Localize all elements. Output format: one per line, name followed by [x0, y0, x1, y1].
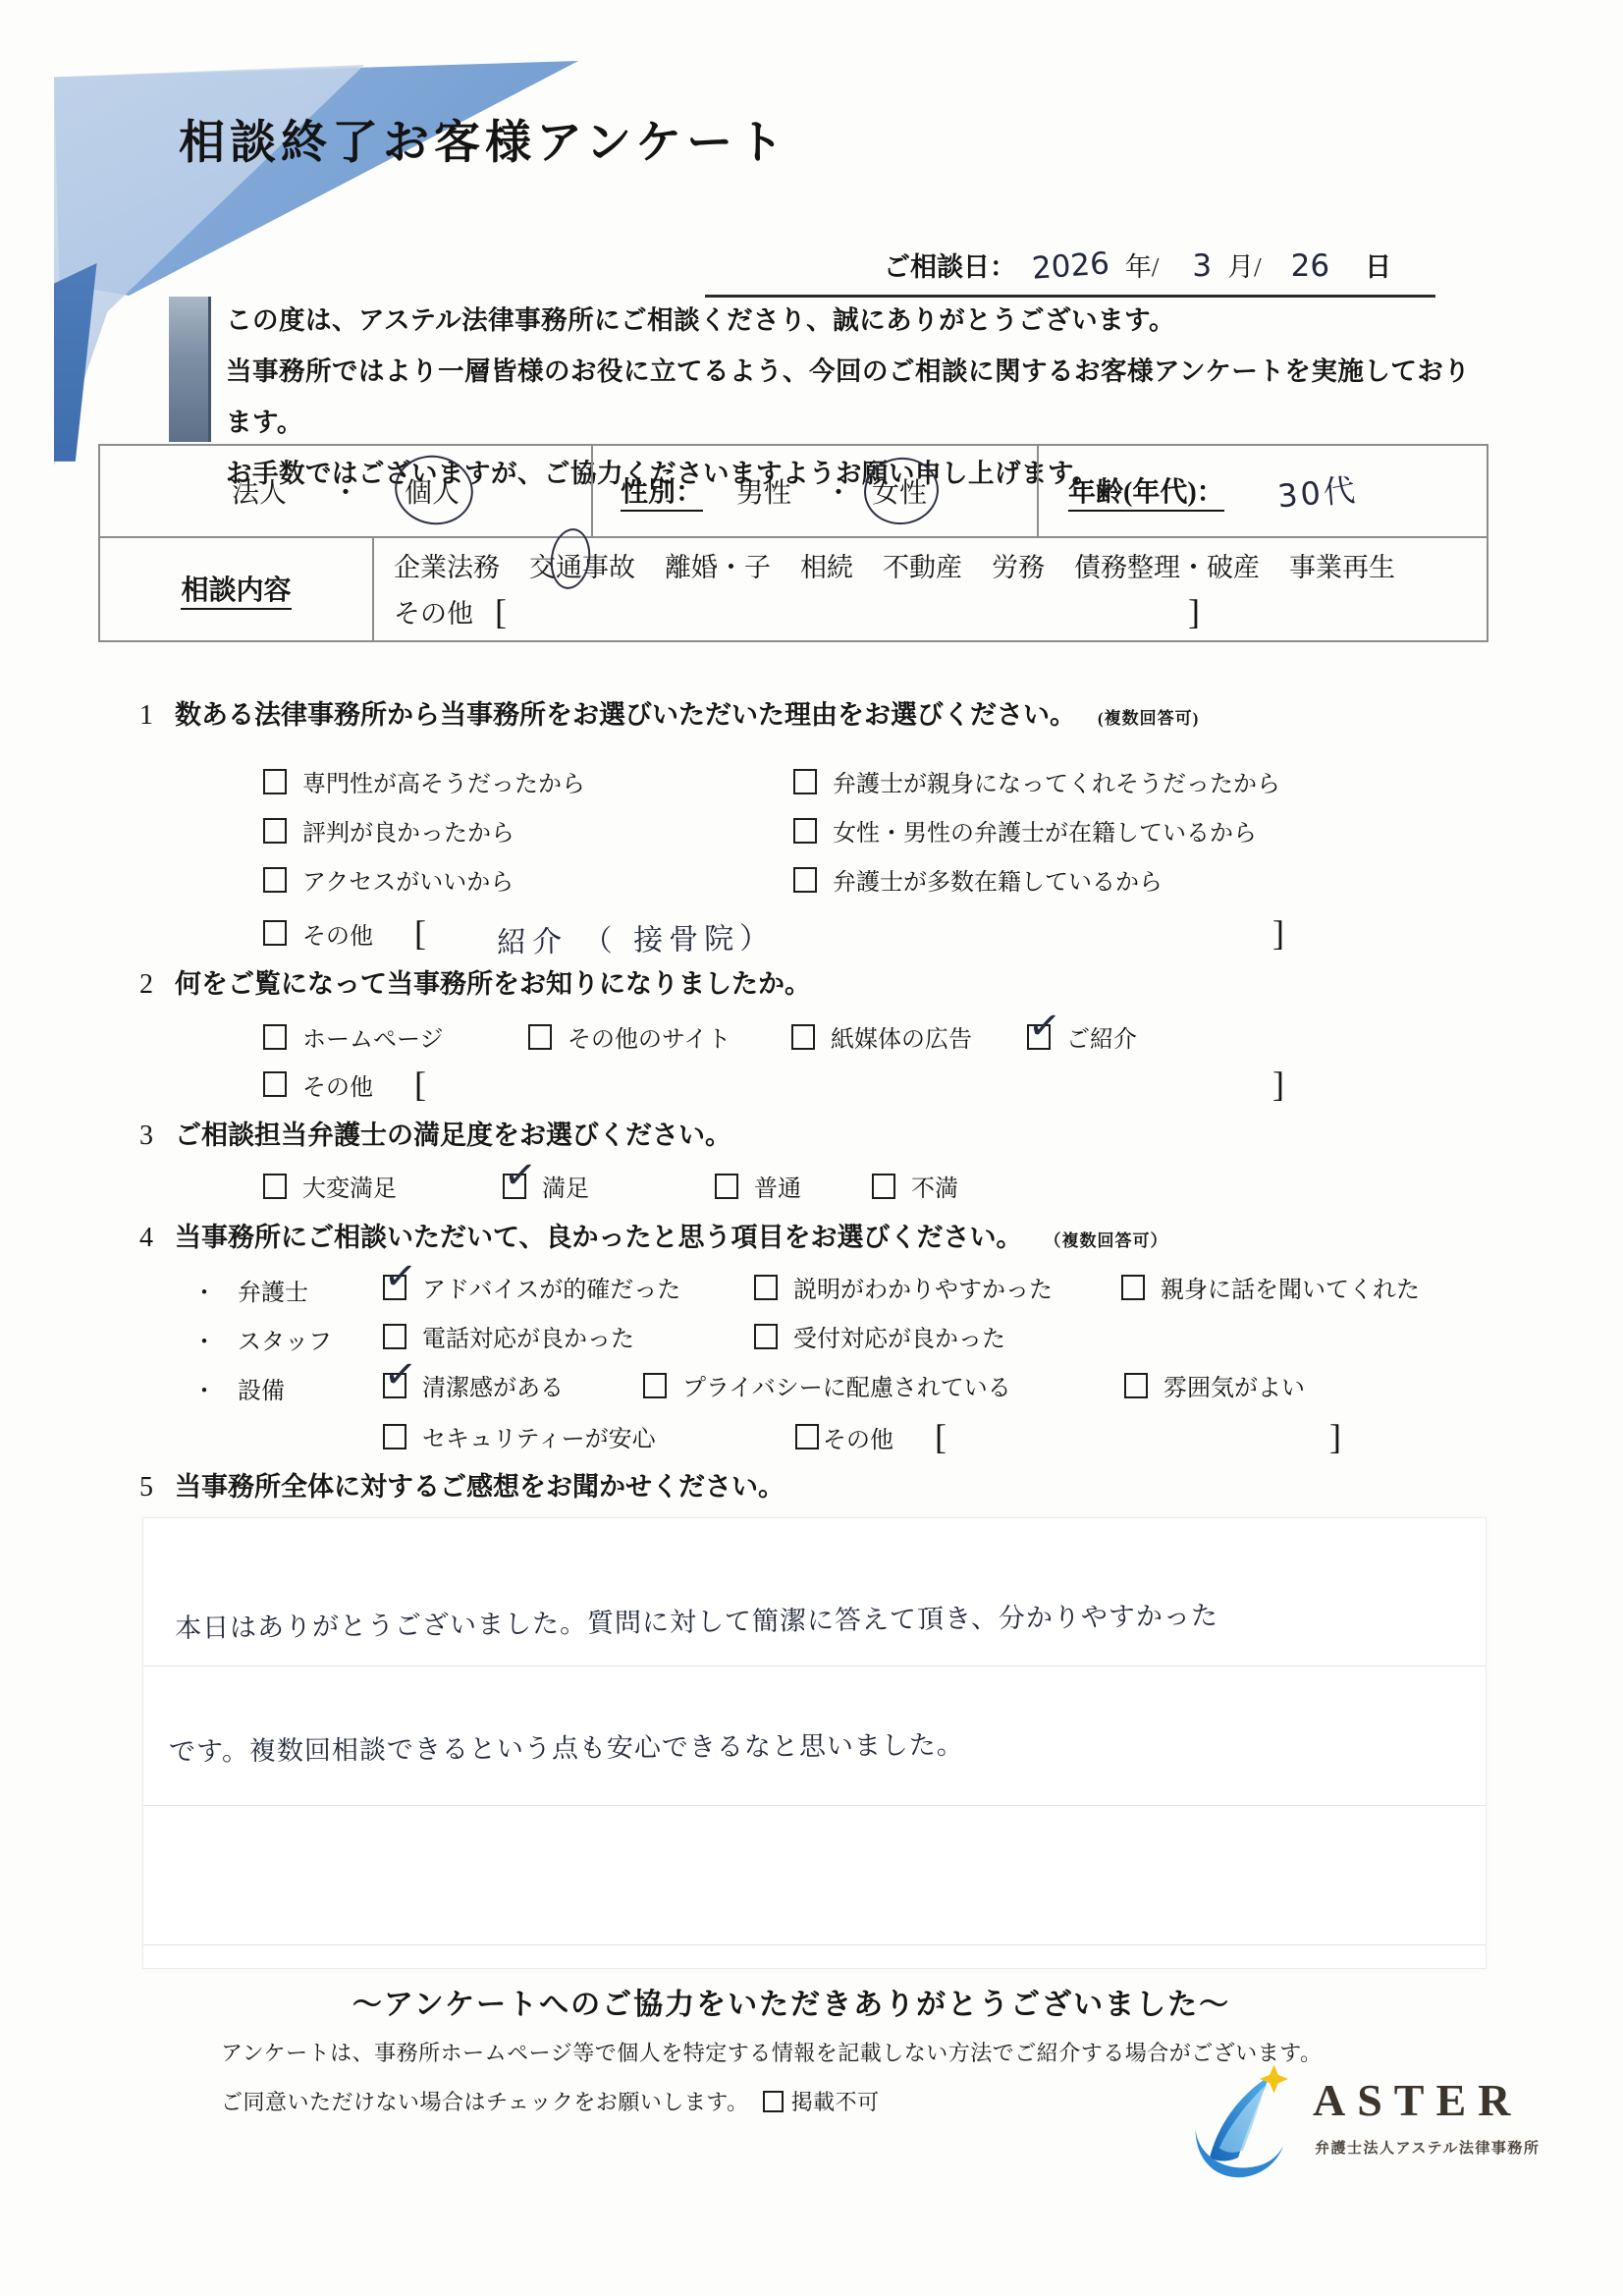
entity-corporate-option[interactable]: 法人: [232, 471, 287, 511]
checkbox[interactable]: ✓: [263, 769, 287, 794]
entity-individual-label: 個人: [405, 478, 460, 509]
q1-option-access[interactable]: ✓ アクセスがいいから: [263, 862, 514, 897]
q4-category-staff: スタッフ: [238, 1322, 332, 1356]
checkbox[interactable]: ✓: [263, 920, 287, 946]
q4-bullet: ・: [192, 1273, 216, 1307]
q4-option-attentive-listening[interactable]: ✓ 親身に話を聞いてくれた: [1121, 1270, 1420, 1304]
q2-other-bracket-close: ]: [1272, 1066, 1284, 1102]
checkbox[interactable]: ✓: [263, 1024, 287, 1050]
check-mark: ✓: [382, 1255, 419, 1297]
checkbox[interactable]: ✓: [383, 1373, 406, 1398]
option-label: アドバイスが的確だった: [422, 1270, 680, 1304]
q1-other-bracket-open: [: [414, 915, 426, 951]
option-label: 大変満足: [302, 1169, 397, 1203]
check-mark: ✓: [382, 1353, 419, 1395]
checkbox[interactable]: ✓: [793, 818, 817, 844]
q4-option-phone-service[interactable]: ✓ 電話対応が良かった: [383, 1319, 634, 1353]
date-day-unit: 日: [1365, 246, 1391, 284]
option-label: ご紹介: [1066, 1019, 1137, 1054]
option-label: 親身に話を聞いてくれた: [1161, 1270, 1420, 1304]
q2-option-other[interactable]: ✓ その他 [ ]: [263, 1066, 1284, 1102]
consult-option-realestate[interactable]: 不動産: [883, 546, 962, 584]
option-label: 受付対応が良かった: [793, 1319, 1005, 1353]
q1-option-many-lawyers[interactable]: ✓ 弁護士が多数在籍しているから: [793, 862, 1163, 897]
consultation-options-line: 企業法務 交通事故 離婚・子 相続 不動産 労務 債務整理・破産 事業再生: [394, 546, 1395, 584]
option-label: セキュリティーが安心: [422, 1419, 656, 1453]
q2-option-print-ad[interactable]: ✓ 紙媒体の広告: [791, 1019, 972, 1054]
checkbox[interactable]: ✓: [383, 1324, 406, 1349]
consult-other-label[interactable]: その他: [394, 592, 473, 630]
checkbox[interactable]: ✓: [1027, 1024, 1051, 1050]
q2-option-homepage[interactable]: ✓ ホームページ: [263, 1019, 444, 1054]
checkbox[interactable]: ✓: [791, 1024, 815, 1050]
question-4-number: 4: [139, 1223, 153, 1254]
entity-individual-option[interactable]: 個人: [405, 471, 460, 511]
question-1-note: (複数回答可): [1098, 704, 1199, 729]
checkbox[interactable]: ✓: [643, 1373, 667, 1398]
q2-option-referral[interactable]: ✓ ご紹介: [1027, 1019, 1137, 1054]
q4-option-atmosphere[interactable]: ✓ 雰囲気がよい: [1124, 1368, 1305, 1402]
q4-other-bracket-open: [: [935, 1419, 947, 1454]
footer-thanks: ～アンケートへのご協力をいただきありがとうございました～: [98, 1980, 1485, 2023]
date-month-unit: 月/: [1227, 246, 1262, 284]
option-label: 評判が良かったから: [302, 813, 514, 847]
page-title: 相談終了お客様アンケート: [179, 106, 788, 172]
question-2-header: 2 何をご覧になって当事務所をお知りになりましたか。: [139, 962, 811, 1001]
profile-table: 法人 ・ 個人 性別： 男性 ・ 女性 年齢(年代)： 30代: [98, 444, 1488, 642]
date-month-value[interactable]: 3: [1192, 248, 1212, 284]
survey-page: 相談終了お客様アンケート ご相談日： 2026 年/ 3 月/ 26 日 この度…: [0, 0, 1623, 2296]
date-day-value[interactable]: 26: [1291, 248, 1329, 284]
q4-row-lawyer: ・ 弁護士: [192, 1273, 308, 1307]
q2-option-other-site[interactable]: ✓ その他のサイト: [528, 1019, 730, 1054]
consultation-other-line: その他 [ ]: [394, 592, 1200, 630]
gender-female-label: 女性: [872, 478, 927, 509]
date-year-unit: 年/: [1125, 246, 1160, 284]
q1-other-bracket-close: ]: [1272, 915, 1284, 951]
question-1-number: 1: [139, 700, 153, 732]
answer-line-rule: [143, 1666, 1486, 1667]
checkbox[interactable]: ✓: [263, 1174, 287, 1199]
option-label: 専門性が高そうだったから: [302, 764, 585, 798]
q1-option-expertise[interactable]: ✓ 専門性が高そうだったから: [263, 764, 585, 798]
date-label: ご相談日：: [884, 246, 1016, 284]
gender-cell: 性別： 男性 ・ 女性: [593, 446, 1039, 536]
checkbox[interactable]: ✓: [383, 1275, 406, 1300]
checkbox[interactable]: ✓: [263, 867, 287, 893]
question-4-header: 4 当事務所にご相談いただいて、良かったと思う項目をお選びください。 （複数回答…: [139, 1216, 1167, 1254]
option-label: 清潔感がある: [422, 1368, 564, 1402]
date-year-value[interactable]: 2026: [1031, 246, 1110, 286]
option-label: その他: [823, 1420, 893, 1454]
checkbox[interactable]: ✓: [754, 1324, 778, 1349]
option-label: アクセスがいいから: [302, 862, 514, 897]
footer-note-2: ご同意いただけない場合はチェックをお願いします。 ✓ 掲載不可: [221, 2086, 880, 2116]
entity-separator: ・: [332, 471, 359, 511]
consult-option-divorce[interactable]: 離婚・子: [665, 546, 771, 584]
question-3-number: 3: [139, 1121, 153, 1152]
question-4-text: 当事務所にご相談いただいて、良かったと思う項目をお選びください。: [175, 1216, 1022, 1254]
footer-note-1: アンケートは、事務所ホームページ等で個人を特定する情報を記載しない方法でご紹介す…: [221, 2037, 1322, 2067]
gender-separator: ・: [825, 471, 852, 511]
option-label: その他: [302, 1067, 373, 1102]
question-1-header: 1 数ある法律事務所から当事務所をお選びいただいた理由をお選びください。 (複数…: [139, 693, 1199, 732]
no-publish-checkbox[interactable]: ✓: [763, 2091, 784, 2112]
q1-other-value[interactable]: 紹介 （ 接骨院）: [497, 904, 1273, 961]
consult-other-bracket-close: ]: [1188, 594, 1200, 629]
checkbox[interactable]: ✓: [793, 867, 817, 893]
age-cell: 年齢(年代)： 30代: [1039, 446, 1487, 536]
question-3-text: ご相談担当弁護士の満足度をお選びください。: [175, 1114, 731, 1152]
checkbox[interactable]: ✓: [795, 1424, 819, 1449]
question-1-text: 数ある法律事務所から当事務所をお選びいただいた理由をお選びください。: [175, 693, 1076, 732]
q4-option-clear-explanation[interactable]: ✓ 説明がわかりやすかった: [754, 1270, 1053, 1304]
q1-option-other[interactable]: ✓ その他 [ 紹介 （ 接骨院） ]: [263, 911, 1284, 955]
question-4-note: （複数回答可）: [1044, 1227, 1167, 1251]
option-label: 電話対応が良かった: [422, 1319, 634, 1353]
checkbox[interactable]: ✓: [754, 1275, 778, 1300]
question-5-number: 5: [139, 1472, 153, 1503]
aster-logo: ASTER 弁護士法人アステル法律事務所: [1183, 2060, 1556, 2208]
option-label: 雰囲気がよい: [1163, 1368, 1305, 1402]
q1-option-reputation[interactable]: ✓ 評判が良かったから: [263, 813, 514, 847]
option-label: 満足: [542, 1169, 589, 1203]
q4-option-accurate-advice[interactable]: ✓ アドバイスが的確だった: [383, 1270, 680, 1304]
question-5-header: 5 当事務所全体に対するご感想をお聞かせください。: [139, 1465, 784, 1503]
q2-other-bracket-open: [: [414, 1066, 426, 1102]
intro-line-1: この度は、アステル法律事務所にご相談くださり、誠にありがとうございます。: [226, 295, 1492, 346]
answer-line-rule: [143, 1944, 1486, 1945]
intro-line-2: 当事務所ではより一層皆様のお役に立てるよう、今回のご相談に関するお客様アンケート…: [226, 346, 1492, 448]
option-label: 弁護士が多数在籍しているから: [833, 862, 1163, 897]
consult-option-debt[interactable]: 債務整理・破産: [1074, 546, 1260, 584]
check-mark: ✓: [1026, 1005, 1063, 1047]
question-3-header: 3 ご相談担当弁護士の満足度をお選びください。: [139, 1114, 731, 1152]
q3-option-satisfied[interactable]: ✓ 満足: [503, 1169, 589, 1203]
checkbox[interactable]: ✓: [263, 1071, 287, 1097]
checkbox[interactable]: ✓: [383, 1424, 406, 1449]
q4-other-bracket-close: ]: [1329, 1419, 1341, 1454]
option-label: ホームページ: [302, 1019, 444, 1054]
option-label: プライバシーに配慮されている: [682, 1368, 1011, 1402]
q4-option-cleanliness[interactable]: ✓ 清潔感がある: [383, 1368, 564, 1402]
gender-male-option[interactable]: 男性: [736, 471, 791, 511]
question-2-number: 2: [139, 969, 153, 1001]
q1-option-female-male-lawyers[interactable]: ✓ 女性・男性の弁護士が在籍しているから: [793, 813, 1257, 847]
q4-option-reception-service[interactable]: ✓ 受付対応が良かった: [754, 1319, 1005, 1353]
sail-highlight: [1219, 2086, 1265, 2153]
profile-row: 法人 ・ 個人 性別： 男性 ・ 女性 年齢(年代)： 30代: [100, 446, 1487, 538]
question-2-text: 何をご覧になって当事務所をお知りになりましたか。: [175, 962, 811, 1001]
q1-option-kind-lawyer[interactable]: ✓ 弁護士が親身になってくれそうだったから: [793, 764, 1280, 798]
consult-option-inheritance[interactable]: 相続: [800, 546, 853, 584]
check-mark: ✓: [502, 1154, 539, 1196]
consultation-label: 相談内容: [181, 569, 291, 610]
consult-option-traffic-label: 交通事故: [529, 553, 635, 582]
consult-option-corporate[interactable]: 企業法務: [394, 546, 500, 584]
q3-option-very-satisfied[interactable]: ✓ 大変満足: [263, 1169, 397, 1203]
option-label: 普通: [754, 1169, 801, 1203]
no-publish-label: 掲載不可: [791, 2086, 880, 2116]
checkbox[interactable]: ✓: [1121, 1275, 1145, 1300]
q4-bullet: ・: [192, 1371, 216, 1405]
option-label: 紙媒体の広告: [831, 1019, 972, 1054]
gender-female-option[interactable]: 女性: [872, 471, 927, 511]
checkbox[interactable]: ✓: [872, 1174, 895, 1199]
q3-option-dissatisfied[interactable]: ✓ 不満: [872, 1169, 958, 1203]
option-label: 説明がわかりやすかった: [793, 1270, 1053, 1304]
q4-category-facility: 設備: [238, 1371, 285, 1405]
logo-wordmark: ASTER: [1313, 2074, 1522, 2126]
consult-other-bracket-open: [: [495, 594, 507, 629]
answer-line-rule: [143, 1805, 1486, 1806]
checkbox[interactable]: ✓: [793, 769, 817, 794]
q4-row-facility: ・ 設備: [192, 1371, 285, 1405]
age-label: 年齢(年代)：: [1068, 470, 1224, 512]
footer-note-2-text: ご同意いただけない場合はチェックをお願いします。: [221, 2086, 749, 2116]
consult-option-traffic[interactable]: 交通事故: [529, 546, 635, 584]
option-label: 弁護士が親身になってくれそうだったから: [833, 764, 1280, 798]
q4-option-security[interactable]: ✓ セキュリティーが安心: [383, 1419, 656, 1453]
option-label: 女性・男性の弁護士が在籍しているから: [833, 813, 1257, 847]
consultation-content-row: 相談内容 企業法務 交通事故 離婚・子 相続 不動産 労務 債務整理・破産 事業…: [100, 538, 1487, 640]
consultation-label-cell: 相談内容: [100, 538, 374, 640]
consult-option-labor[interactable]: 労務: [992, 546, 1045, 584]
aster-sail-icon: [1183, 2062, 1303, 2186]
option-label: 不満: [911, 1169, 958, 1203]
checkbox[interactable]: ✓: [503, 1174, 526, 1199]
checkbox[interactable]: ✓: [263, 818, 287, 844]
checkbox[interactable]: ✓: [1124, 1373, 1148, 1398]
q3-option-neutral[interactable]: ✓ 普通: [715, 1169, 801, 1203]
q4-row-staff: ・ スタッフ: [192, 1322, 332, 1356]
option-label: その他: [302, 916, 373, 951]
intro-accent-bar: [169, 297, 211, 442]
q4-option-privacy[interactable]: ✓ プライバシーに配慮されている: [643, 1368, 1011, 1402]
checkbox[interactable]: ✓: [715, 1174, 738, 1199]
entity-type-cell: 法人 ・ 個人: [100, 446, 593, 536]
q4-category-lawyer: 弁護士: [238, 1273, 308, 1307]
age-value[interactable]: 30代: [1275, 465, 1359, 518]
option-label: その他のサイト: [568, 1019, 730, 1054]
checkbox[interactable]: ✓: [528, 1024, 552, 1050]
consult-option-revitalization[interactable]: 事業再生: [1289, 546, 1395, 584]
logo-firm-name: 弁護士法人アステル法律事務所: [1315, 2137, 1540, 2158]
q4-bullet: ・: [192, 1322, 216, 1356]
question-5-text: 当事務所全体に対するご感想をお聞かせください。: [175, 1465, 784, 1503]
consultation-options-cell: 企業法務 交通事故 離婚・子 相続 不動産 労務 債務整理・破産 事業再生 その…: [374, 538, 1487, 640]
consultation-date-row: ご相談日： 2026 年/ 3 月/ 26 日: [884, 246, 1391, 284]
gender-label: 性別：: [621, 470, 703, 512]
q4-option-other[interactable]: ✓ その他 [ ]: [795, 1419, 1341, 1454]
